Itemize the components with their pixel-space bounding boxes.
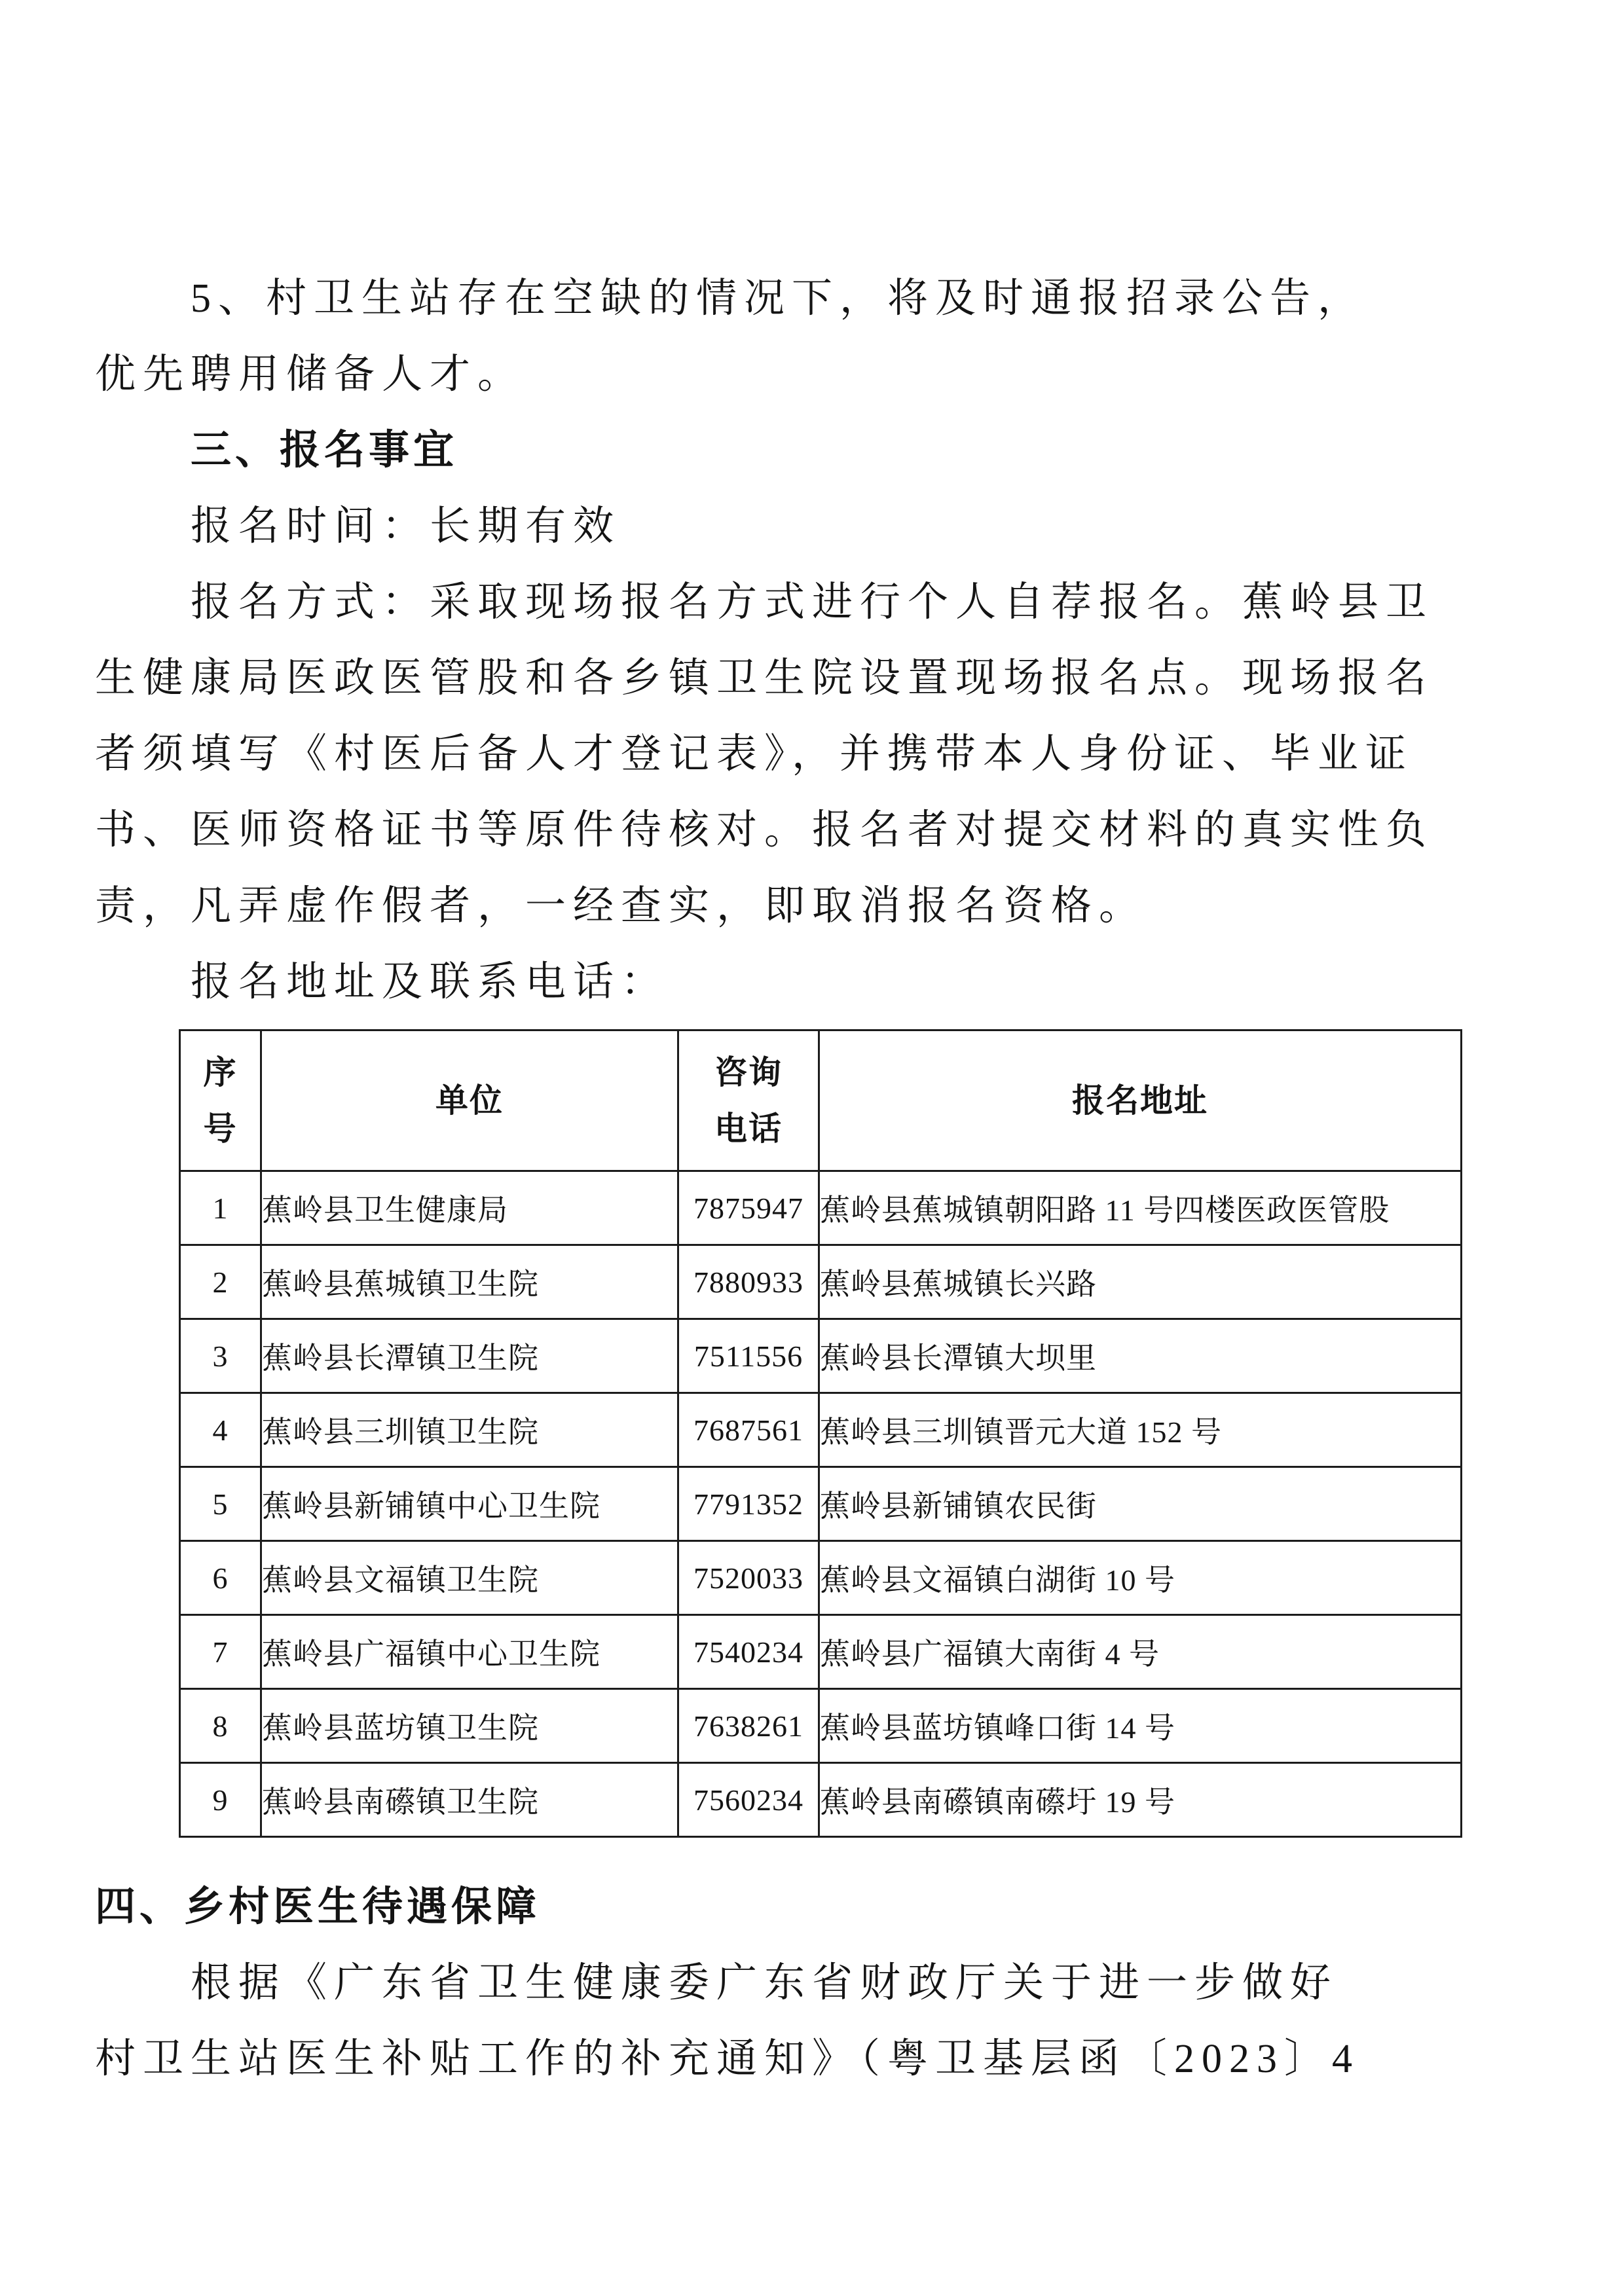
- cell-address: 蕉岭县蕉城镇朝阳路 11 号四楼医政医管股: [819, 1171, 1462, 1245]
- cell-no: 1: [180, 1171, 261, 1245]
- paragraph-line: 5、村卫生站存在空缺的情况下，将及时通报招录公告，: [95, 261, 1450, 337]
- cell-unit: 蕉岭县卫生健康局: [261, 1171, 678, 1245]
- paragraph-line: 者须填写《村医后备人才登记表》，并携带本人身份证、毕业证: [95, 716, 1450, 792]
- cell-no: 5: [180, 1467, 261, 1541]
- document-page: 5、村卫生站存在空缺的情况下，将及时通报招录公告， 优先聘用储备人才。 三、报名…: [0, 0, 1624, 2296]
- cell-no: 9: [180, 1763, 261, 1837]
- section-heading-four: 四、乡村医生待遇保障: [95, 1869, 1450, 1945]
- cell-phone: 7791352: [678, 1467, 819, 1541]
- cell-phone: 7687561: [678, 1393, 819, 1467]
- paragraph-line: 报名时间：长期有效: [95, 488, 1450, 564]
- table-row: 1 蕉岭县卫生健康局 7875947 蕉岭县蕉城镇朝阳路 11 号四楼医政医管股: [180, 1171, 1462, 1245]
- cell-unit: 蕉岭县南礤镇卫生院: [261, 1763, 678, 1837]
- table-row: 4 蕉岭县三圳镇卫生院 7687561 蕉岭县三圳镇晋元大道 152 号: [180, 1393, 1462, 1467]
- cell-address: 蕉岭县南礤镇南礤圩 19 号: [819, 1763, 1462, 1837]
- section-heading-three: 三、报名事宜: [95, 412, 1450, 488]
- cell-address: 蕉岭县长潭镇大坝里: [819, 1319, 1462, 1393]
- cell-no: 7: [180, 1615, 261, 1689]
- table-header-row: 序 号 单位 咨询 电话 报名地址: [180, 1030, 1462, 1171]
- cell-address: 蕉岭县新铺镇农民街: [819, 1467, 1462, 1541]
- cell-unit: 蕉岭县三圳镇卫生院: [261, 1393, 678, 1467]
- table-header-phone: 咨询 电话: [678, 1030, 819, 1171]
- cell-phone: 7875947: [678, 1171, 819, 1245]
- paragraph-line: 责，凡弄虚作假者，一经查实，即取消报名资格。: [95, 868, 1450, 944]
- table-row: 7 蕉岭县广福镇中心卫生院 7540234 蕉岭县广福镇大南街 4 号: [180, 1615, 1462, 1689]
- cell-no: 4: [180, 1393, 261, 1467]
- cell-unit: 蕉岭县蕉城镇卫生院: [261, 1245, 678, 1319]
- cell-address: 蕉岭县文福镇白湖街 10 号: [819, 1541, 1462, 1615]
- paragraph-line: 报名地址及联系电话：: [95, 944, 1450, 1020]
- cell-phone: 7880933: [678, 1245, 819, 1319]
- table-row: 6 蕉岭县文福镇卫生院 7520033 蕉岭县文福镇白湖街 10 号: [180, 1541, 1462, 1615]
- table-row: 8 蕉岭县蓝坊镇卫生院 7638261 蕉岭县蓝坊镇峰口街 14 号: [180, 1689, 1462, 1763]
- cell-no: 6: [180, 1541, 261, 1615]
- cell-address: 蕉岭县三圳镇晋元大道 152 号: [819, 1393, 1462, 1467]
- table-row: 3 蕉岭县长潭镇卫生院 7511556 蕉岭县长潭镇大坝里: [180, 1319, 1462, 1393]
- table-row: 2 蕉岭县蕉城镇卫生院 7880933 蕉岭县蕉城镇长兴路: [180, 1245, 1462, 1319]
- paragraph-line: 报名方式：采取现场报名方式进行个人自荐报名。蕉岭县卫: [95, 564, 1450, 640]
- paragraph-line: 村卫生站医生补贴工作的补充通知》（粤卫基层函〔2023〕4: [95, 2021, 1450, 2097]
- cell-unit: 蕉岭县蓝坊镇卫生院: [261, 1689, 678, 1763]
- table-header-no: 序 号: [180, 1030, 261, 1171]
- cell-no: 3: [180, 1319, 261, 1393]
- cell-phone: 7638261: [678, 1689, 819, 1763]
- table-header-address: 报名地址: [819, 1030, 1462, 1171]
- cell-phone: 7520033: [678, 1541, 819, 1615]
- paragraph-line: 优先聘用储备人才。: [95, 337, 1450, 412]
- cell-address: 蕉岭县蕉城镇长兴路: [819, 1245, 1462, 1319]
- cell-unit: 蕉岭县长潭镇卫生院: [261, 1319, 678, 1393]
- cell-unit: 蕉岭县文福镇卫生院: [261, 1541, 678, 1615]
- table-row: 5 蕉岭县新铺镇中心卫生院 7791352 蕉岭县新铺镇农民街: [180, 1467, 1462, 1541]
- paragraph-line: 生健康局医政医管股和各乡镇卫生院设置现场报名点。现场报名: [95, 640, 1450, 716]
- paragraph-line: 根据《广东省卫生健康委广东省财政厅关于进一步做好: [95, 1945, 1450, 2021]
- cell-address: 蕉岭县蓝坊镇峰口街 14 号: [819, 1689, 1462, 1763]
- cell-address: 蕉岭县广福镇大南街 4 号: [819, 1615, 1462, 1689]
- table-row: 9 蕉岭县南礤镇卫生院 7560234 蕉岭县南礤镇南礤圩 19 号: [180, 1763, 1462, 1837]
- paragraph-line: 书、医师资格证书等原件待核对。报名者对提交材料的真实性负: [95, 792, 1450, 868]
- cell-phone: 7511556: [678, 1319, 819, 1393]
- cell-unit: 蕉岭县广福镇中心卫生院: [261, 1615, 678, 1689]
- cell-no: 2: [180, 1245, 261, 1319]
- cell-no: 8: [180, 1689, 261, 1763]
- document-content: 5、村卫生站存在空缺的情况下，将及时通报招录公告， 优先聘用储备人才。 三、报名…: [95, 261, 1450, 2097]
- table-header-unit: 单位: [261, 1030, 678, 1171]
- registration-contacts-table: 序 号 单位 咨询 电话 报名地址 1 蕉岭县卫生健康局 7875947 蕉岭县…: [179, 1029, 1462, 1838]
- cell-phone: 7560234: [678, 1763, 819, 1837]
- cell-unit: 蕉岭县新铺镇中心卫生院: [261, 1467, 678, 1541]
- cell-phone: 7540234: [678, 1615, 819, 1689]
